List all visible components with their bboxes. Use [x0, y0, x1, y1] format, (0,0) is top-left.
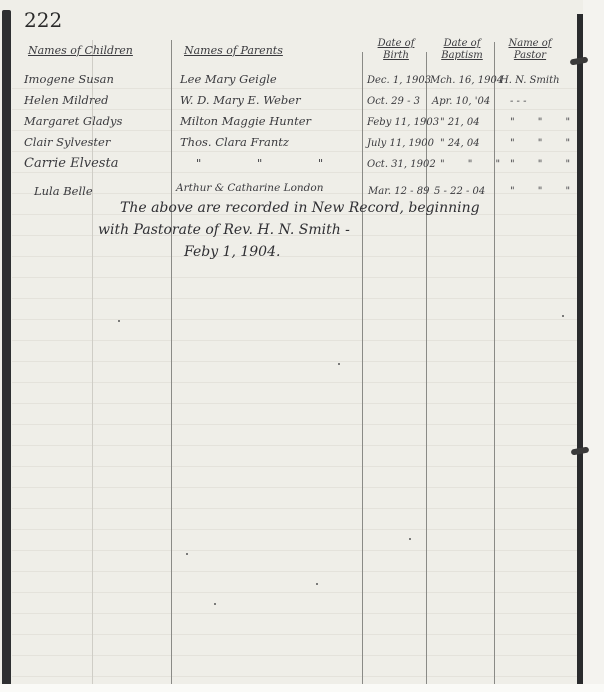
date-of-baptism: Mch. 16, 1904: [430, 75, 503, 86]
child-name: Lula Belle: [34, 184, 93, 198]
date-of-birth: Mar. 12 - 89: [368, 186, 429, 197]
pastor-name: " " ": [510, 159, 580, 170]
record-note-line-3: Feby 1, 1904.: [184, 244, 280, 260]
parent-names: " " ": [196, 156, 349, 170]
right-page-margin: [583, 0, 604, 692]
left-binding-edge: [2, 10, 11, 686]
date-of-baptism: Apr. 10, '04: [432, 96, 490, 107]
date-of-baptism: " 24, 04: [440, 138, 480, 149]
pastor-name: " " ": [510, 138, 580, 149]
parent-names: Arthur & Catharine London: [176, 182, 323, 194]
right-binding-cord: [577, 14, 583, 686]
header-name-of-pastor: Name of Pastor: [500, 38, 560, 62]
record-note-line-2: with Pastorate of Rev. H. N. Smith -: [98, 222, 350, 238]
column-rule-birth: [362, 52, 363, 688]
date-of-birth: Feby 11, 1903: [367, 117, 439, 128]
parent-names: W. D. Mary E. Weber: [180, 93, 301, 107]
child-name: Carrie Elvesta: [24, 156, 118, 171]
child-name: Clair Sylvester: [24, 135, 110, 149]
date-of-baptism: " 21, 04: [440, 117, 480, 128]
date-of-birth: Oct. 29 - 3: [367, 96, 420, 107]
record-note-line-1: The above are recorded in New Record, be…: [120, 200, 480, 216]
column-rule-pastor: [494, 42, 495, 688]
date-of-birth: Dec. 1, 1903: [367, 75, 431, 86]
pastor-name: - - -: [510, 96, 527, 107]
parent-names: Milton Maggie Hunter: [180, 114, 311, 128]
date-of-birth: July 11, 1900: [367, 138, 434, 149]
date-of-baptism: 5 - 22 - 04: [434, 186, 485, 197]
column-rule-parents: [171, 40, 172, 688]
header-names-of-parents: Names of Parents: [184, 44, 283, 57]
page-bottom-edge: [0, 684, 604, 692]
pastor-name: H. N. Smith: [500, 75, 560, 86]
pastor-name: " " ": [510, 186, 580, 197]
parent-names: Lee Mary Geigle: [180, 72, 277, 86]
child-name: Helen Mildred: [24, 93, 109, 107]
date-of-baptism: " " ": [440, 159, 510, 170]
child-name: Imogene Susan: [24, 72, 114, 86]
header-date-of-birth: Date of Birth: [368, 38, 424, 62]
header-date-of-baptism: Date of Baptism: [432, 38, 492, 62]
header-names-of-children: Names of Children: [28, 44, 133, 57]
register-page: 222 Names of Children Names of Parents D…: [0, 0, 604, 692]
child-name: Margaret Gladys: [24, 114, 122, 128]
page-number: 222: [24, 8, 62, 32]
pastor-name: " " ": [510, 117, 580, 128]
date-of-birth: Oct. 31, 1902: [367, 159, 436, 170]
parent-names: Thos. Clara Frantz: [180, 135, 289, 149]
